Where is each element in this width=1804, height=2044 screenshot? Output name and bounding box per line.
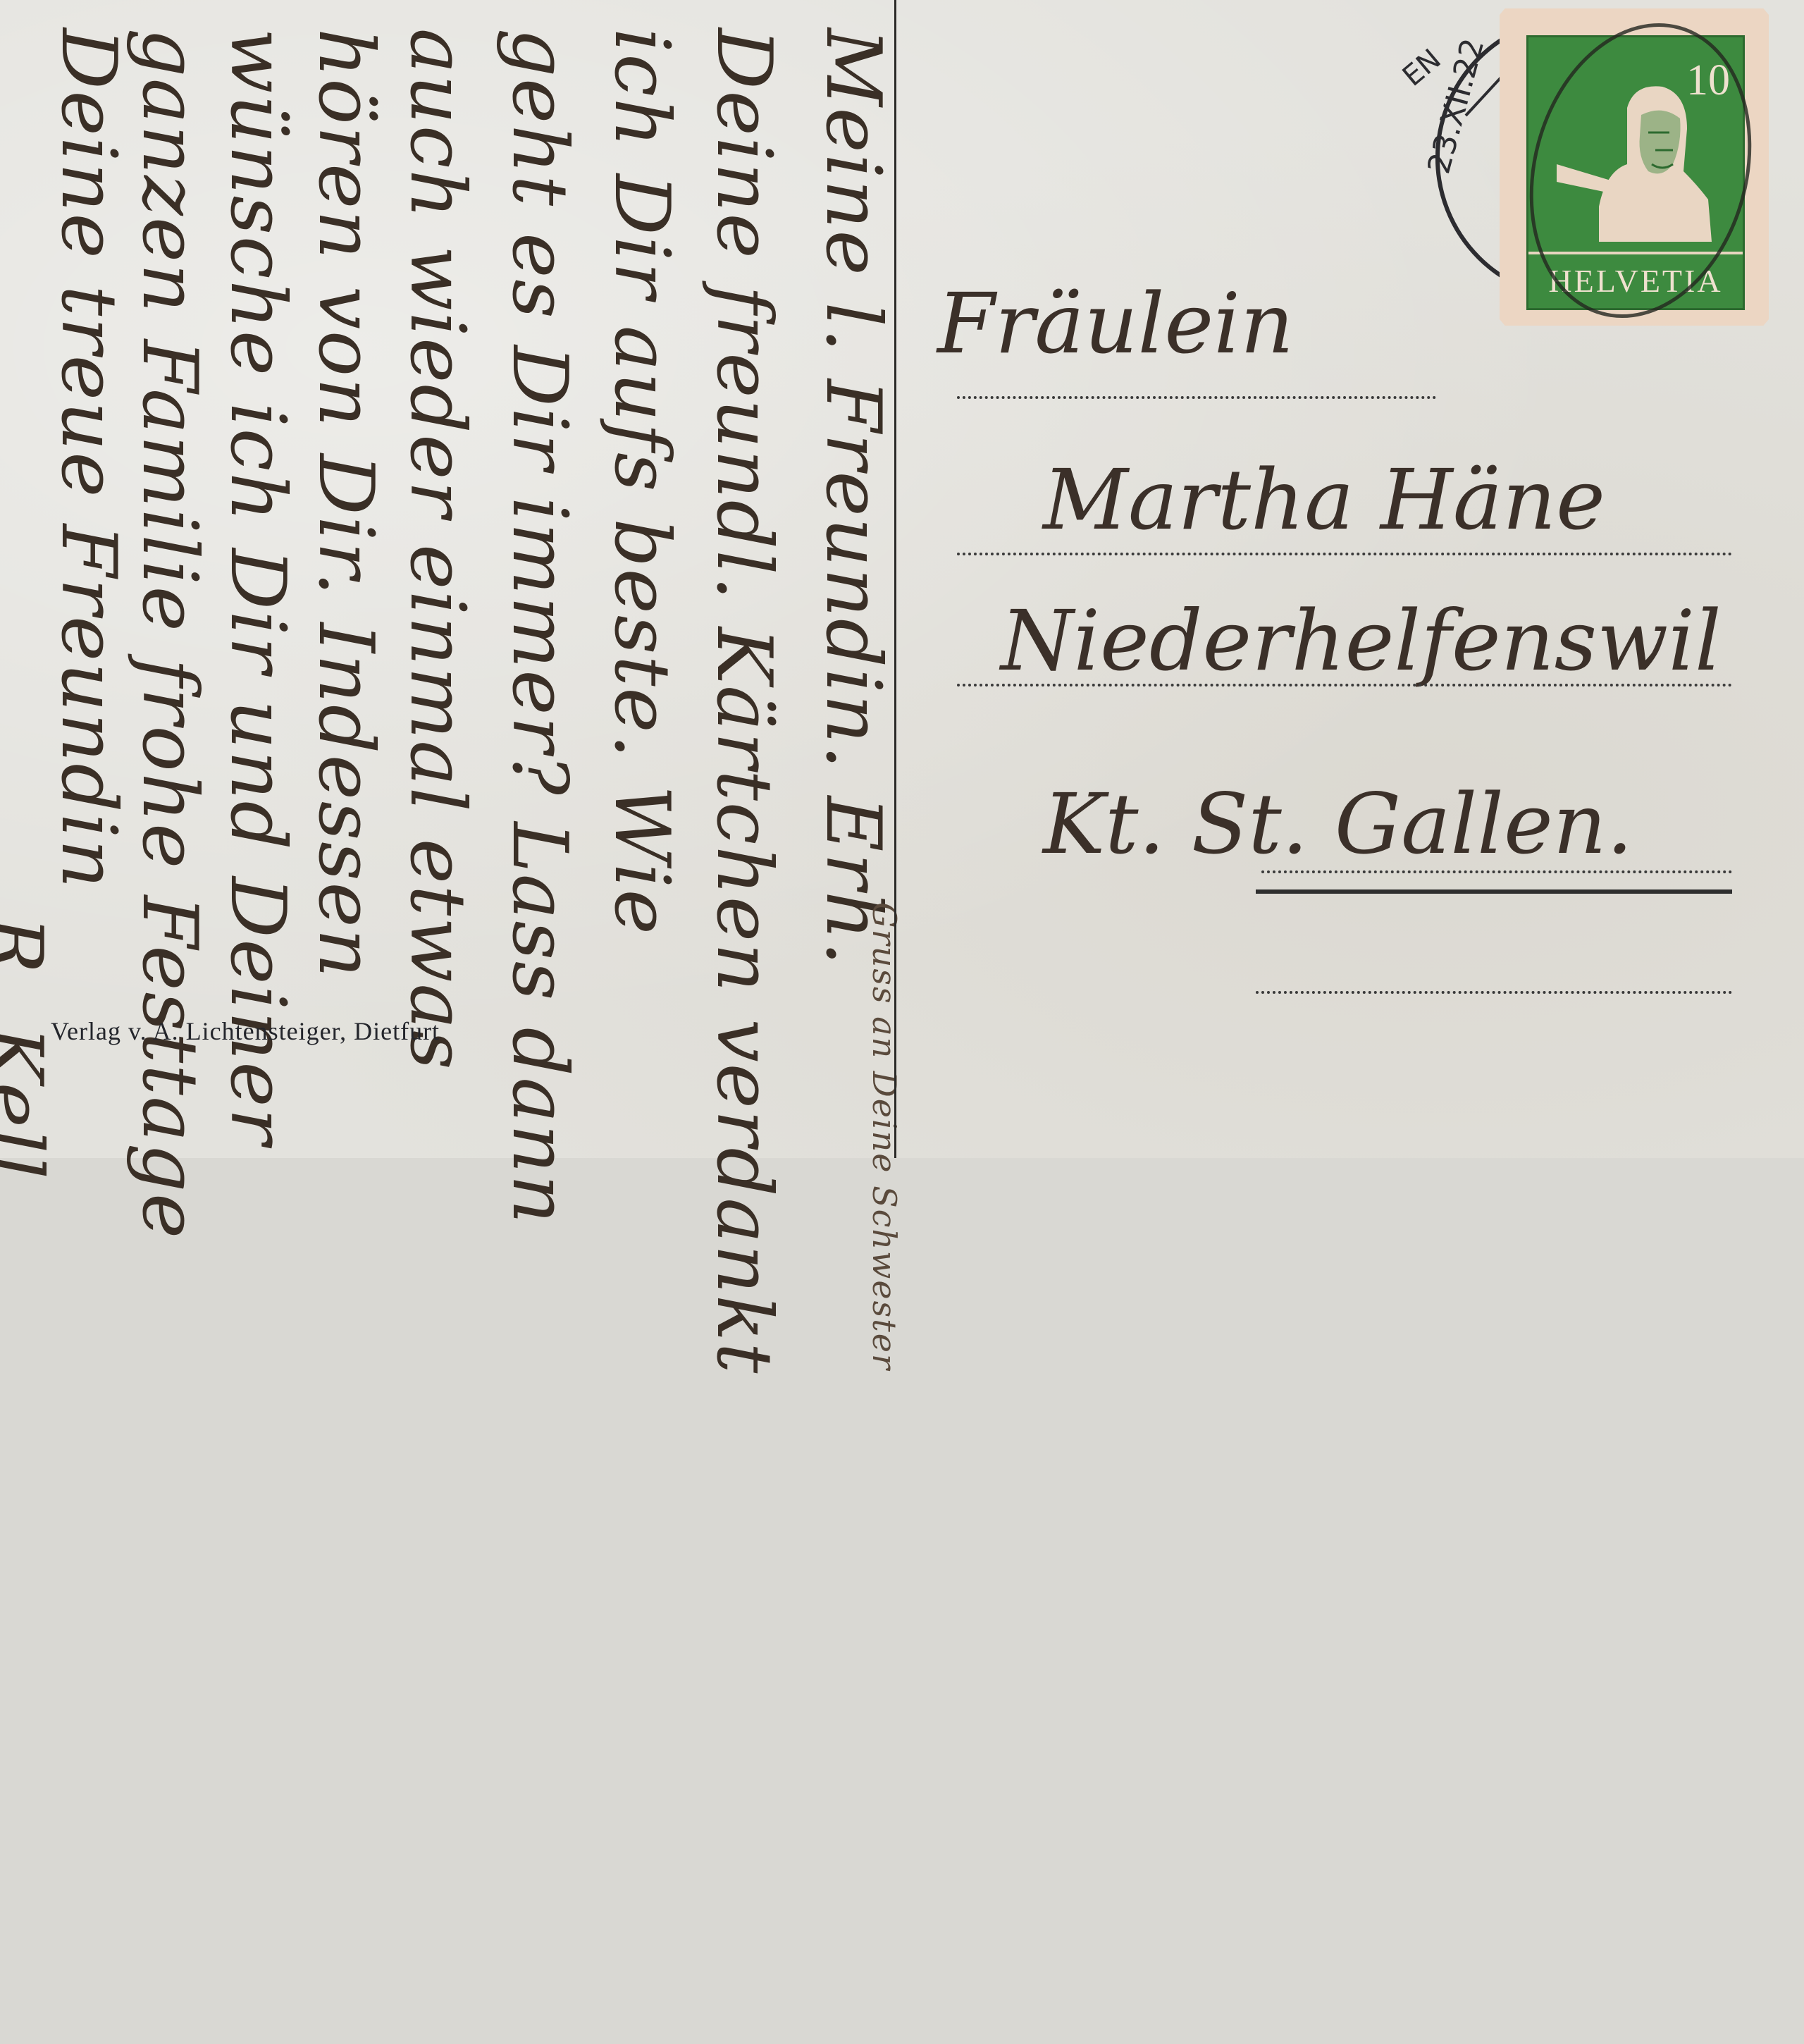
svg-text:23.XII.22: 23.XII.22 (1421, 35, 1491, 178)
address-dotted-line (1256, 991, 1732, 994)
address-underline (1256, 889, 1732, 894)
message-line: Meine l. Freundin. Erh. (803, 28, 902, 967)
address-town: Niederhelfenswil (1001, 592, 1722, 689)
message-line: ich Dir aufs beste. Wie (592, 28, 691, 936)
address-canton: Kt. St. Gallen. (1043, 775, 1633, 873)
message-line: Deine freundl. Kärtchen verdankt (694, 28, 793, 1158)
message-column: Deine freundl. Kärtchen verdankt (680, 28, 793, 1156)
postcard: Meine l. Freundin. Erh. Deine freundl. K… (0, 0, 1804, 1158)
message-line: Deine treue Freundin (39, 28, 137, 889)
message-column: geht es Dir immer? Lass dann (476, 28, 588, 1156)
address-name: Martha Häne (1043, 451, 1605, 548)
message-line: wünsche ich Dir und Deiner (208, 28, 307, 1146)
address-salutation: Fräulein (937, 275, 1294, 372)
address-dotted-line (957, 553, 1732, 555)
message-line: hören von Dir. Indessen (296, 28, 395, 979)
address-dotted-line (1261, 870, 1732, 873)
center-divider (894, 0, 896, 1158)
message-line: geht es Dir immer? Lass dann (490, 28, 588, 1158)
address-dotted-line (957, 684, 1732, 687)
address-dotted-line (957, 396, 1436, 399)
svg-text:EN: EN (1397, 43, 1447, 93)
message-line: auch wieder einmal etwas (388, 28, 486, 1071)
postage-stamp: 10 HELVETIA (1500, 8, 1769, 326)
message-column: ich Dir aufs beste. Wie (578, 28, 691, 1156)
postmark-overlay-icon (1500, 8, 1769, 326)
publisher-imprint: Verlag v. A. Lichtensteiger, Dietfurt (51, 1016, 440, 1046)
